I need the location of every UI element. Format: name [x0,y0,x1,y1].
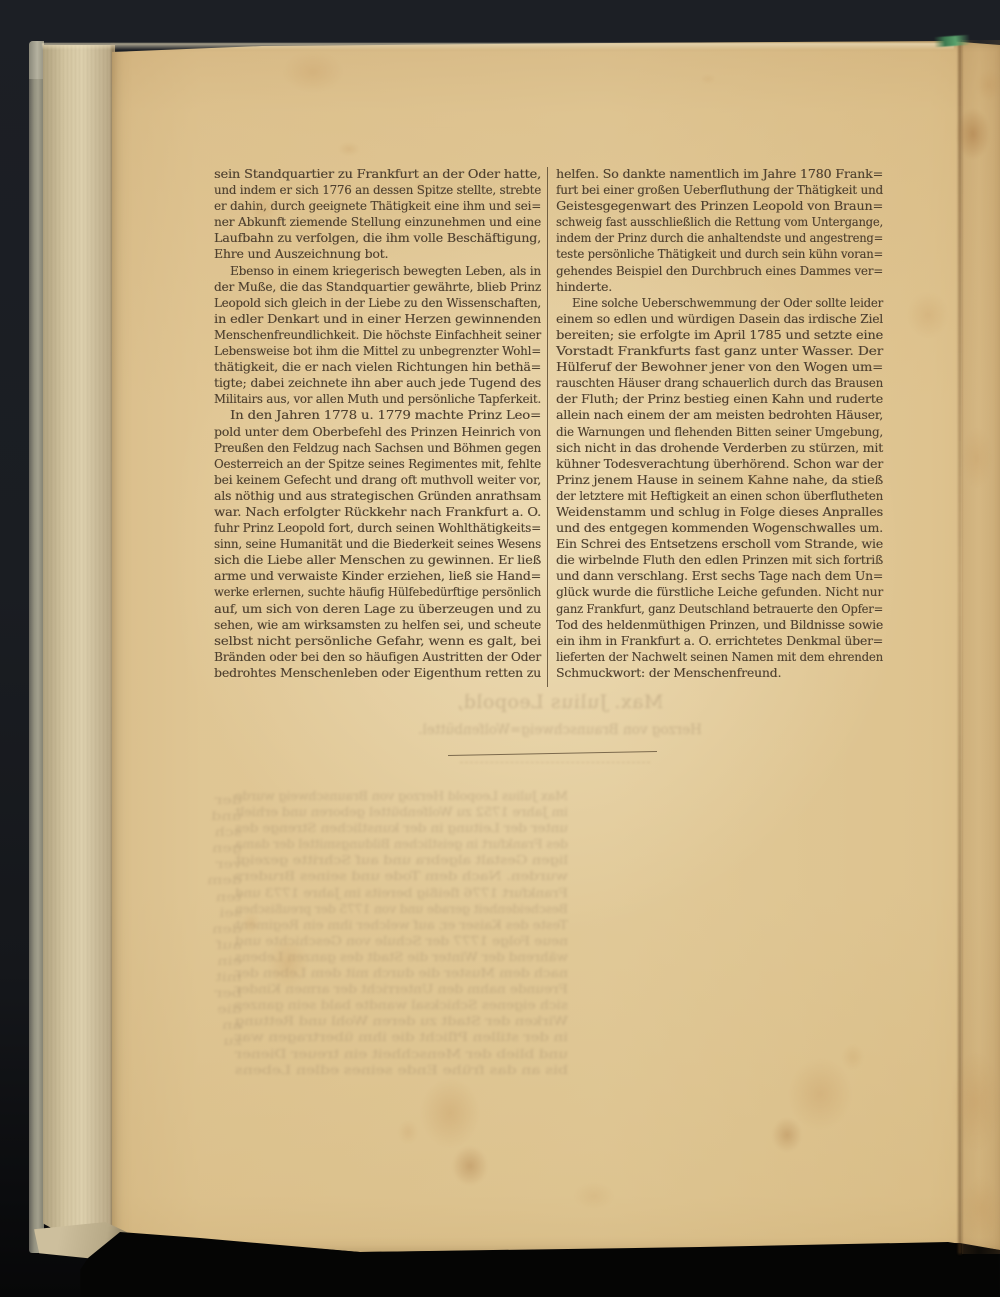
text-line: tigte; dabei zeichnete ihn aber auch jed… [214,375,541,391]
bleedthrough-rule [460,762,650,763]
text-line: Ein Schrei des Entsetzens erscholl vom S… [556,536,883,552]
text-line: bis an das frühe Ende seines edlen Leben… [235,1062,568,1078]
text-line: und dann verschlang. Erst sechs Tage nac… [556,568,883,584]
text-line: thätigkeit, die er nach vielen Richtunge… [214,359,541,375]
text-line: werke erlernen, suchte häufig Hülfebedür… [214,584,541,600]
foxing-stain [250,190,276,224]
text-line: bedrohtes Menschenleben oder Eigenthum r… [214,665,541,681]
text-line: gen [200,840,242,856]
text-line: ten [200,889,242,905]
text-line: Ehre und Auszeichnung bot. [214,246,541,262]
text-line: fuhr Prinz Leopold fort, durch seinen Wo… [214,520,541,536]
text-line: Max Julius Leopold Herzog von Braunschwe… [235,788,568,804]
foxing-stain [700,74,716,84]
bleedthrough-text-block: Max Julius Leopold Herzog von Braunschwe… [235,788,568,1078]
text-line: helfen. So dankte namentlich im Jahre 17… [556,166,883,182]
text-line: Eine solche Ueberschwemmung der Oder sol… [556,295,883,311]
bleedthrough-heading-line1: Max. Julius Leopold, [340,690,780,714]
text-line: als nöthig und aus strategischen Gründen… [214,488,541,504]
article-right-column: helfen. So dankte namentlich im Jahre 17… [556,166,883,681]
text-line: allein nach einem der am meisten bedroht… [556,407,883,423]
book-cover-edge [29,41,44,1253]
text-line: sch [200,824,242,840]
text-line: Bescheidenheit gerade und von 1775 der p… [235,901,568,917]
foxing-stain [574,1182,614,1210]
text-line: In den Jahren 1778 u. 1779 machte Prinz … [214,407,541,423]
page-stack-edge [43,45,115,1245]
text-line: ver [200,856,242,872]
text-line: gehendes Beispiel den Durchbruch eines D… [556,263,883,279]
text-line: ganz Frankfurt, ganz Deutschland betraue… [556,601,883,617]
text-line: pold unter dem Oberbefehl des Prinzen He… [214,424,541,440]
foxing-stain [283,52,343,92]
scanned-book-page: Max. Julius Leopold, Herzog von Braunsch… [0,0,1000,1297]
text-line: teste persönliche Thätigkeit und durch s… [556,246,883,262]
text-line: sei [200,905,242,921]
foxing-stain [452,1146,488,1186]
text-line: sich nicht in das drohende Verderben zu … [556,440,883,456]
text-line: Prinz jenem Hause in seinem Kahne nahe, … [556,472,883,488]
text-line: Lebensweise bot ihm die Mittel zu unbegr… [214,343,541,359]
text-line: des Frankfurt in geistlichen Bildungsmit… [235,836,568,852]
foxing-stain [956,108,990,160]
text-line: ein [200,953,242,969]
foxing-stain [788,1058,852,1130]
text-line: Teste des Kaiser er, auf welcher ihm ein… [235,917,568,933]
bleedthrough-heading: Max. Julius Leopold, Herzog von Braunsch… [340,690,780,740]
bleedthrough-heading-line2: Herzog von Braunschweig=Wolfenbüttel. [340,720,780,740]
text-line: kühner Todesverachtung überhörend. Schon… [556,456,883,472]
text-line: glück wurde die fürstliche Leiche gefund… [556,584,883,600]
text-line: Preußen den Feldzug nach Sachsen und Böh… [214,440,541,456]
foxing-stain [268,938,308,988]
text-line: sich die Liebe aller Menschen zu gewinne… [214,552,541,568]
text-line: der letztere mit Heftigkeit an einen sch… [556,488,883,504]
text-line: indem der Prinz durch die anhaltendste u… [556,230,883,246]
foxing-stain [242,912,260,934]
text-line: auf, um sich von deren Lage zu überzeuge… [214,601,541,617]
text-line: und blieb der Menschheit ein treuer Dien… [235,1046,568,1062]
text-line: sehen, wie am wirksamsten zu helfen sei,… [214,617,541,633]
text-line: einem so edlen und würdigen Dasein das i… [556,311,883,327]
text-line: sich eigenes Schicksal wandte bald sein … [235,997,568,1013]
bleedthrough-margin-fragments: derundschgenverdemtenseidenaufeinmitberd… [200,792,242,1050]
text-line: Wirken der Stadt zu deren Wohl und Rettu… [235,1013,568,1029]
text-line: die wirbelnde Fluth den edlen Prinzen mi… [556,552,883,568]
foxing-stain [952,1052,1000,1152]
text-line: in edler Denkart und in einer Herzen gew… [214,311,541,327]
foxing-stain [398,1120,418,1144]
foxing-stain [338,142,360,156]
text-line: arme und verwaiste Kinder erziehen, ließ… [214,568,541,584]
text-line: Leopold sich gleich in der Liebe zu den … [214,295,541,311]
text-line: den [200,921,242,937]
foxing-stain [308,352,312,356]
text-line: furt bei einer großen Ueberfluthung der … [556,182,883,198]
text-line: der [200,792,242,808]
text-line: unter der Leitung in der kunstlichen Str… [235,820,568,836]
text-line: Hülferuf der Bewohner jener von den Woge… [556,359,883,375]
text-line: Vorstadt Frankfurts fast ganz unter Wass… [556,343,883,359]
text-line: und des entgegen kommenden Wogenschwalle… [556,520,883,536]
text-line: die Warnungen und flehenden Bitten seine… [556,424,883,440]
text-line: Oesterreich an der Spitze seines Regimen… [214,456,541,472]
text-line: zu [200,1033,242,1049]
text-line: war. Nach erfolgter Rückkehr nach Frankf… [214,504,541,520]
text-line: Weidenstamm und schlug in Folge dieses A… [556,504,883,520]
text-line: ein ihm in Frankfurt a. O. errichtetes D… [556,633,883,649]
text-line: ligen Gestalt algebra und auf Schritte g… [235,852,568,868]
text-line: Geistesgegenwart des Prinzen Leopold von… [556,198,883,214]
text-line: rauschten Häuser drang schauerlich durch… [556,375,883,391]
text-line: lieferten der Nachwelt seinen Namen mit … [556,649,883,665]
foxing-stain [908,292,948,338]
text-line: und [200,808,242,824]
text-line: sinn, seine Humanität und die Biederkeit… [214,536,541,552]
text-line: ber [200,985,242,1001]
column-divider-rule [547,167,548,687]
foxing-stain [976,70,1000,100]
text-line: wurden. Nach dem Tode und seines Bruders [235,868,568,884]
text-line: Militairs aus, vor allen Muth und persön… [214,391,541,407]
text-line: der Fluth; der Prinz bestieg einen Kahn … [556,391,883,407]
text-line: in der stillen Pflicht die ihm übertrage… [235,1029,568,1045]
text-line: Bränden oder bei den so häufigen Austrit… [214,649,541,665]
text-line: im Jahre 1752 zu Wolfenbüttel geboren un… [235,804,568,820]
foxing-stain [738,458,778,494]
text-line: Frankfurt 1776 fleißig bereits im Jahre … [235,885,568,901]
text-line: Menschenfreundlichkeit. Die höchste Einf… [214,327,541,343]
text-line: Tod des heldenmüthigen Prinzen, und Bild… [556,617,883,633]
text-line: auf [200,937,242,953]
page-top-edge-highlight [42,43,954,50]
text-line: mit [200,969,242,985]
article-left-column: sein Standquartier zu Frankfurt an der O… [214,166,541,681]
foxing-stain [962,1176,1000,1240]
text-line: der Muße, die das Standquartier gewährte… [214,279,541,295]
text-line: Schmuckwort: der Menschenfreund. [556,665,883,681]
text-line: selbst nicht persönliche Gefahr, wenn es… [214,633,541,649]
text-line: dem [200,872,242,888]
text-line: schweig fast ausschließlich die Rettung … [556,214,883,230]
foxing-stain [416,183,424,191]
text-line: bereiten; sie erfolgte im April 1785 und… [556,327,883,343]
text-line: die [200,1001,242,1017]
foxing-stain [772,1118,802,1152]
foxing-stain [842,1044,864,1070]
text-line: Laufbahn zu verfolgen, die ihm volle Bes… [214,230,541,246]
text-line: Ebenso in einem kriegerisch bewegten Leb… [214,263,541,279]
foxing-stain [962,428,992,488]
text-line: hinderte. [556,279,883,295]
text-line: bei keinem Gefecht und drang oft muthvol… [214,472,541,488]
text-line: sein Standquartier zu Frankfurt an der O… [214,166,541,182]
text-line: an [200,1017,242,1033]
foxing-stain [420,1078,480,1148]
